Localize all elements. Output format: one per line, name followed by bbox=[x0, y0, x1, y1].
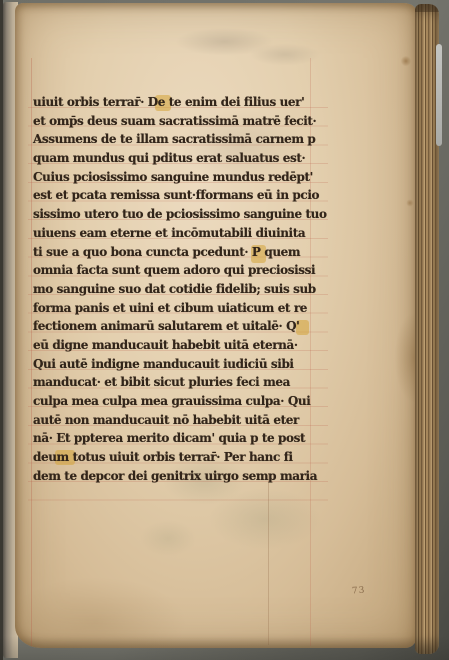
manuscript-line: dem te depcor dei genitrix uirgo semp ma… bbox=[33, 467, 319, 486]
manuscript-line: deum totus uiuit orbis terrar̄· Per hanc… bbox=[33, 448, 319, 467]
parchment-crease bbox=[268, 473, 269, 645]
ruling-left-margin bbox=[31, 58, 32, 646]
manuscript-line: nā· Et ppterea merito dicam' quia p te p… bbox=[33, 429, 319, 448]
text-block: uiuit orbis terrar̄· De te enim dei fili… bbox=[33, 93, 319, 485]
manuscript-line: est et pcata remissa sunt·fformans eū in… bbox=[33, 186, 319, 205]
manuscript-line: eū digne manducauit habebit uitā eternā· bbox=[33, 336, 319, 355]
manuscript-line: culpa mea culpa mea grauissima culpa· Qu… bbox=[33, 392, 319, 411]
manuscript-line: uiuens eam eterne et incōmutabili diuini… bbox=[33, 224, 319, 243]
manuscript-line: et omp̄s deus suam sacratissimā matrē fe… bbox=[33, 112, 319, 131]
manuscript-line: omnia facta sunt quem adoro qui preciosi… bbox=[33, 261, 319, 280]
manuscript-line: ti sue a quo bona cuncta pcedunt· P quem bbox=[33, 243, 319, 262]
manuscript-photo: uiuit orbis terrar̄· De te enim dei fili… bbox=[0, 0, 449, 660]
manuscript-line: uiuit orbis terrar̄· De te enim dei fili… bbox=[33, 93, 319, 112]
manuscript-line: Cuius pciosissimo sanguine mundus redēpt… bbox=[33, 168, 319, 187]
manuscript-line: forma panis et uini et cibum uiaticum et… bbox=[33, 299, 319, 318]
folio-number: 73 bbox=[352, 586, 366, 597]
manuscript-line: Qui autē indigne manducauit iudiciū sibi bbox=[33, 355, 319, 374]
manuscript-line: sissimo utero tuo de pciosissimo sanguin… bbox=[33, 205, 319, 224]
manuscript-line: Assumens de te illam sacratissimā carnem… bbox=[33, 130, 319, 149]
manuscript-line: quam mundus qui pditus erat saluatus est… bbox=[33, 149, 319, 168]
manuscript-line: autē non manducauit nō habebit uitā eter bbox=[33, 411, 319, 430]
page-bottom-shadow bbox=[0, 636, 449, 660]
manuscript-line: manducat· et bibit sicut pluries feci me… bbox=[33, 373, 319, 392]
background-sliver bbox=[436, 44, 442, 146]
manuscript-line: fectionem animarū salutarem et uitalē· Q… bbox=[33, 317, 319, 336]
manuscript-page: uiuit orbis terrar̄· De te enim dei fili… bbox=[15, 3, 418, 648]
manuscript-line: mo sanguine suo dat cotidie fidelib; sui… bbox=[33, 280, 319, 299]
